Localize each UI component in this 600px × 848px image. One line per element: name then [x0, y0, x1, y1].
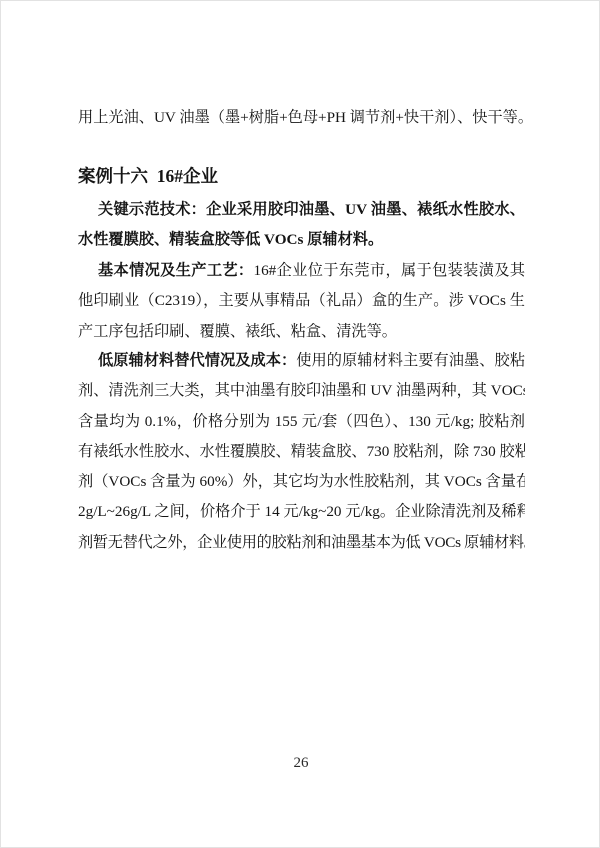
text-segment: 使用的原辅材料主要有油墨、胶粘	[296, 352, 525, 369]
section-heading-block: 案例十六 16#企业	[78, 161, 525, 191]
paragraph-substitution-cost: 低原辅材料替代情况及成本：使用的原辅材料主要有油墨、胶粘 剂、清洗剂三大类，其中…	[78, 346, 525, 558]
text-line: 产工序包括印刷、覆膜、裱纸、粘盒、清洗等。	[78, 317, 525, 347]
text-line: 他印刷业（C2319），主要从事精品（礼品）盒的生产。涉 VOCs 生	[78, 286, 525, 316]
text-line: 2g/L~26g/L 之间，价格介于 14 元/kg~20 元/kg。企业除清洗…	[78, 497, 525, 527]
text-line: 用上光油、UV 油墨（墨+树脂+色母+PH 调节剂+快干剂）、快干等。	[78, 103, 525, 133]
paragraph-lead-label: 低原辅材料替代情况及成本：	[98, 352, 296, 369]
text-line: 有裱纸水性胶水、水性覆膜胶、精装盒胶、730 胶粘剂，除 730 胶粘	[78, 437, 525, 467]
section-heading: 案例十六 16#企业	[78, 161, 525, 191]
text-segment: 16#企业位于东莞市，属于包装装潢及其	[253, 262, 525, 279]
paragraph-continuation: 用上光油、UV 油墨（墨+树脂+色母+PH 调节剂+快干剂）、快干等。	[78, 103, 525, 133]
paragraph-key-tech: 关键示范技术：企业采用胶印油墨、UV 油墨、裱纸水性胶水、 水性覆膜胶、精装盒胶…	[78, 195, 525, 256]
text-line: 剂（VOCs 含量为 60%）外，其它均为水性胶粘剂，其 VOCs 含量在	[78, 467, 525, 497]
text-line: 水性覆膜胶、精装盒胶等低 VOCs 原辅材料。	[78, 225, 525, 255]
document-page: 用上光油、UV 油墨（墨+树脂+色母+PH 调节剂+快干剂）、快干等。 案例十六…	[0, 0, 600, 848]
paragraph-basic-info: 基本情况及生产工艺：16#企业位于东莞市，属于包装装潢及其 他印刷业（C2319…	[78, 256, 525, 347]
paragraph-lead-label: 基本情况及生产工艺：	[98, 262, 253, 279]
text-line: 关键示范技术：企业采用胶印油墨、UV 油墨、裱纸水性胶水、	[78, 195, 525, 225]
page-number: 26	[1, 752, 600, 774]
text-line: 含量均为 0.1%，价格分别为 155 元/套（四色）、130 元/kg; 胶粘…	[78, 407, 525, 437]
text-line: 基本情况及生产工艺：16#企业位于东莞市，属于包装装潢及其	[78, 256, 525, 286]
text-line: 剂暂无替代之外，企业使用的胶粘剂和油墨基本为低 VOCs 原辅材料。	[78, 528, 525, 558]
text-line: 低原辅材料替代情况及成本：使用的原辅材料主要有油墨、胶粘	[78, 346, 525, 376]
text-line: 剂、清洗剂三大类，其中油墨有胶印油墨和 UV 油墨两种，其 VOCs	[78, 376, 525, 406]
